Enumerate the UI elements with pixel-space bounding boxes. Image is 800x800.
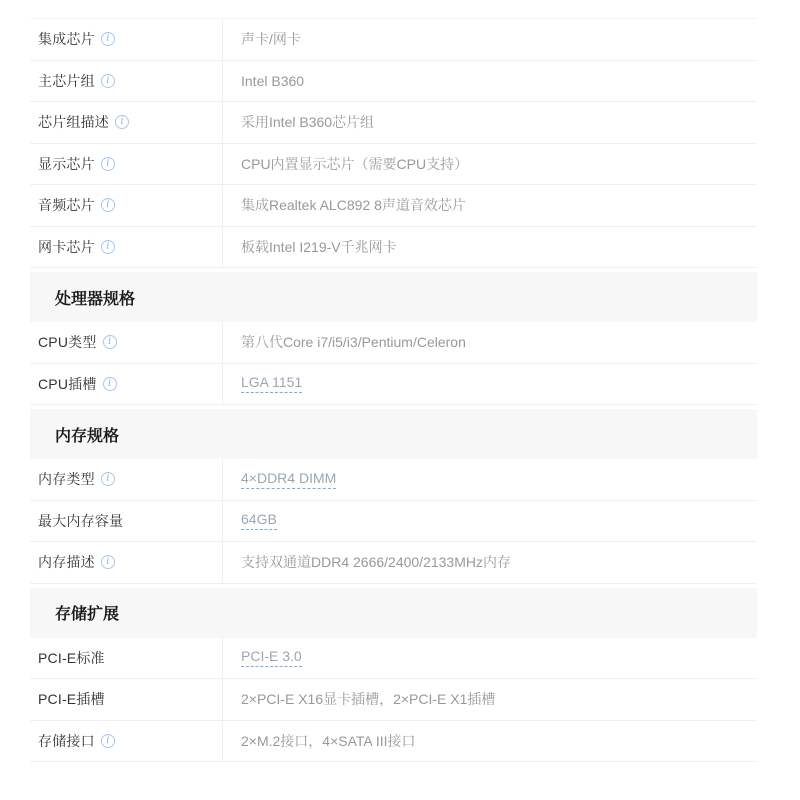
spec-row: CPU插槽 i LGA 1151 [30, 364, 757, 406]
spec-label: CPU插槽 [38, 374, 97, 394]
spec-row: PCI-E插槽 2×PCI-E X16显卡插槽，2×PCI-E X1插槽 [30, 679, 757, 721]
spec-label-cell: CPU插槽 i [30, 364, 223, 405]
spec-label-cell: PCI-E插槽 [30, 679, 223, 720]
spec-label-cell: 内存类型 i [30, 459, 223, 500]
spec-label-cell: 显示芯片 i [30, 144, 223, 185]
spec-value: 第八代Core i7/i5/i3/Pentium/Celeron [241, 332, 466, 352]
spec-label: 内存类型 [38, 469, 95, 489]
spec-value: 2×M.2接口，4×SATA III接口 [241, 731, 416, 751]
spec-value: 2×PCI-E X16显卡插槽，2×PCI-E X1插槽 [241, 689, 495, 709]
spec-row: 内存描述 i 支持双通道DDR4 2666/2400/2133MHz内存 [30, 542, 757, 584]
spec-label: 音频芯片 [38, 195, 95, 215]
spec-label: 存储接口 [38, 731, 95, 751]
spec-label: 网卡芯片 [38, 237, 95, 257]
section-title: 内存规格 [55, 423, 119, 446]
spec-label-cell: 主芯片组 i [30, 61, 223, 102]
spec-row: CPU类型 i 第八代Core i7/i5/i3/Pentium/Celeron [30, 322, 757, 364]
spec-row: 主芯片组 i Intel B360 [30, 61, 757, 103]
spec-value-cell: 第八代Core i7/i5/i3/Pentium/Celeron [223, 322, 757, 363]
spec-label-cell: 内存描述 i [30, 542, 223, 583]
info-icon[interactable]: i [101, 32, 115, 46]
spec-value-cell: PCI-E 3.0 [223, 638, 757, 679]
spec-value: Intel B360 [241, 73, 304, 89]
spec-value: 声卡/网卡 [241, 29, 301, 49]
spec-label: 最大内存容量 [38, 511, 123, 531]
spec-row-group: 集成芯片 i 声卡/网卡 主芯片组 i Intel B360 芯片组描述 i 采… [30, 18, 757, 268]
spec-label: 内存描述 [38, 552, 95, 572]
spec-value: CPU内置显示芯片（需要CPU支持） [241, 154, 468, 174]
spec-row: 音频芯片 i 集成Realtek ALC892 8声道音效芯片 [30, 185, 757, 227]
spec-label: 显示芯片 [38, 154, 95, 174]
spec-value-cell: CPU内置显示芯片（需要CPU支持） [223, 144, 757, 185]
spec-value-cell: LGA 1151 [223, 364, 757, 405]
spec-value-link[interactable]: PCI-E 3.0 [241, 648, 302, 667]
spec-label-cell: 最大内存容量 [30, 501, 223, 542]
spec-value: 支持双通道DDR4 2666/2400/2133MHz内存 [241, 552, 511, 572]
spec-label: 主芯片组 [38, 71, 95, 91]
spec-value-cell: 64GB [223, 501, 757, 542]
info-icon[interactable]: i [101, 472, 115, 486]
spec-row-group: CPU类型 i 第八代Core i7/i5/i3/Pentium/Celeron… [30, 322, 757, 405]
info-icon[interactable]: i [101, 734, 115, 748]
spec-row-group: 内存类型 i 4×DDR4 DIMM 最大内存容量 64GB 内存描述 i 支持… [30, 459, 757, 584]
spec-value-cell: 支持双通道DDR4 2666/2400/2133MHz内存 [223, 542, 757, 583]
info-icon[interactable]: i [101, 240, 115, 254]
spec-value: 采用Intel B360芯片组 [241, 112, 374, 132]
spec-label-cell: 音频芯片 i [30, 185, 223, 226]
info-icon[interactable]: i [101, 198, 115, 212]
spec-value: 集成Realtek ALC892 8声道音效芯片 [241, 195, 466, 215]
spec-label: PCI-E插槽 [38, 689, 105, 709]
info-icon[interactable]: i [103, 335, 117, 349]
spec-value-cell: Intel B360 [223, 61, 757, 102]
spec-row: 网卡芯片 i 板载Intel I219-V千兆网卡 [30, 227, 757, 269]
spec-row: 集成芯片 i 声卡/网卡 [30, 19, 757, 61]
spec-row: 芯片组描述 i 采用Intel B360芯片组 [30, 102, 757, 144]
spec-value-cell: 4×DDR4 DIMM [223, 459, 757, 500]
spec-label-cell: 网卡芯片 i [30, 227, 223, 268]
spec-row: 最大内存容量 64GB [30, 501, 757, 543]
spec-label-cell: CPU类型 i [30, 322, 223, 363]
spec-label-cell: 芯片组描述 i [30, 102, 223, 143]
spec-value-cell: 集成Realtek ALC892 8声道音效芯片 [223, 185, 757, 226]
section-title: 存储扩展 [55, 601, 119, 624]
spec-value-link[interactable]: 64GB [241, 511, 277, 530]
info-icon[interactable]: i [101, 555, 115, 569]
section-title: 处理器规格 [55, 286, 135, 309]
spec-value-cell: 采用Intel B360芯片组 [223, 102, 757, 143]
spec-label: CPU类型 [38, 332, 97, 352]
section-header: 存储扩展 [30, 588, 757, 638]
spec-value-cell: 声卡/网卡 [223, 19, 757, 60]
spec-value-cell: 2×PCI-E X16显卡插槽，2×PCI-E X1插槽 [223, 679, 757, 720]
spec-value-cell: 板载Intel I219-V千兆网卡 [223, 227, 757, 268]
spec-label-cell: 存储接口 i [30, 721, 223, 762]
spec-value-cell: 2×M.2接口，4×SATA III接口 [223, 721, 757, 762]
spec-row-group: PCI-E标准 PCI-E 3.0 PCI-E插槽 2×PCI-E X16显卡插… [30, 638, 757, 763]
spec-row: 显示芯片 i CPU内置显示芯片（需要CPU支持） [30, 144, 757, 186]
spec-label: PCI-E标准 [38, 648, 105, 668]
spec-value: 板载Intel I219-V千兆网卡 [241, 237, 397, 257]
section-header: 内存规格 [30, 409, 757, 459]
spec-row: 存储接口 i 2×M.2接口，4×SATA III接口 [30, 721, 757, 763]
spec-label-cell: 集成芯片 i [30, 19, 223, 60]
spec-value-link[interactable]: 4×DDR4 DIMM [241, 470, 336, 489]
spec-row: PCI-E标准 PCI-E 3.0 [30, 638, 757, 680]
info-icon[interactable]: i [115, 115, 129, 129]
info-icon[interactable]: i [103, 377, 117, 391]
info-icon[interactable]: i [101, 74, 115, 88]
spec-label: 集成芯片 [38, 29, 95, 49]
spec-value-link[interactable]: LGA 1151 [241, 374, 302, 393]
info-icon[interactable]: i [101, 157, 115, 171]
spec-label: 芯片组描述 [38, 112, 109, 132]
section-header: 处理器规格 [30, 272, 757, 322]
spec-table: 集成芯片 i 声卡/网卡 主芯片组 i Intel B360 芯片组描述 i 采… [30, 18, 757, 762]
spec-row: 内存类型 i 4×DDR4 DIMM [30, 459, 757, 501]
spec-label-cell: PCI-E标准 [30, 638, 223, 679]
